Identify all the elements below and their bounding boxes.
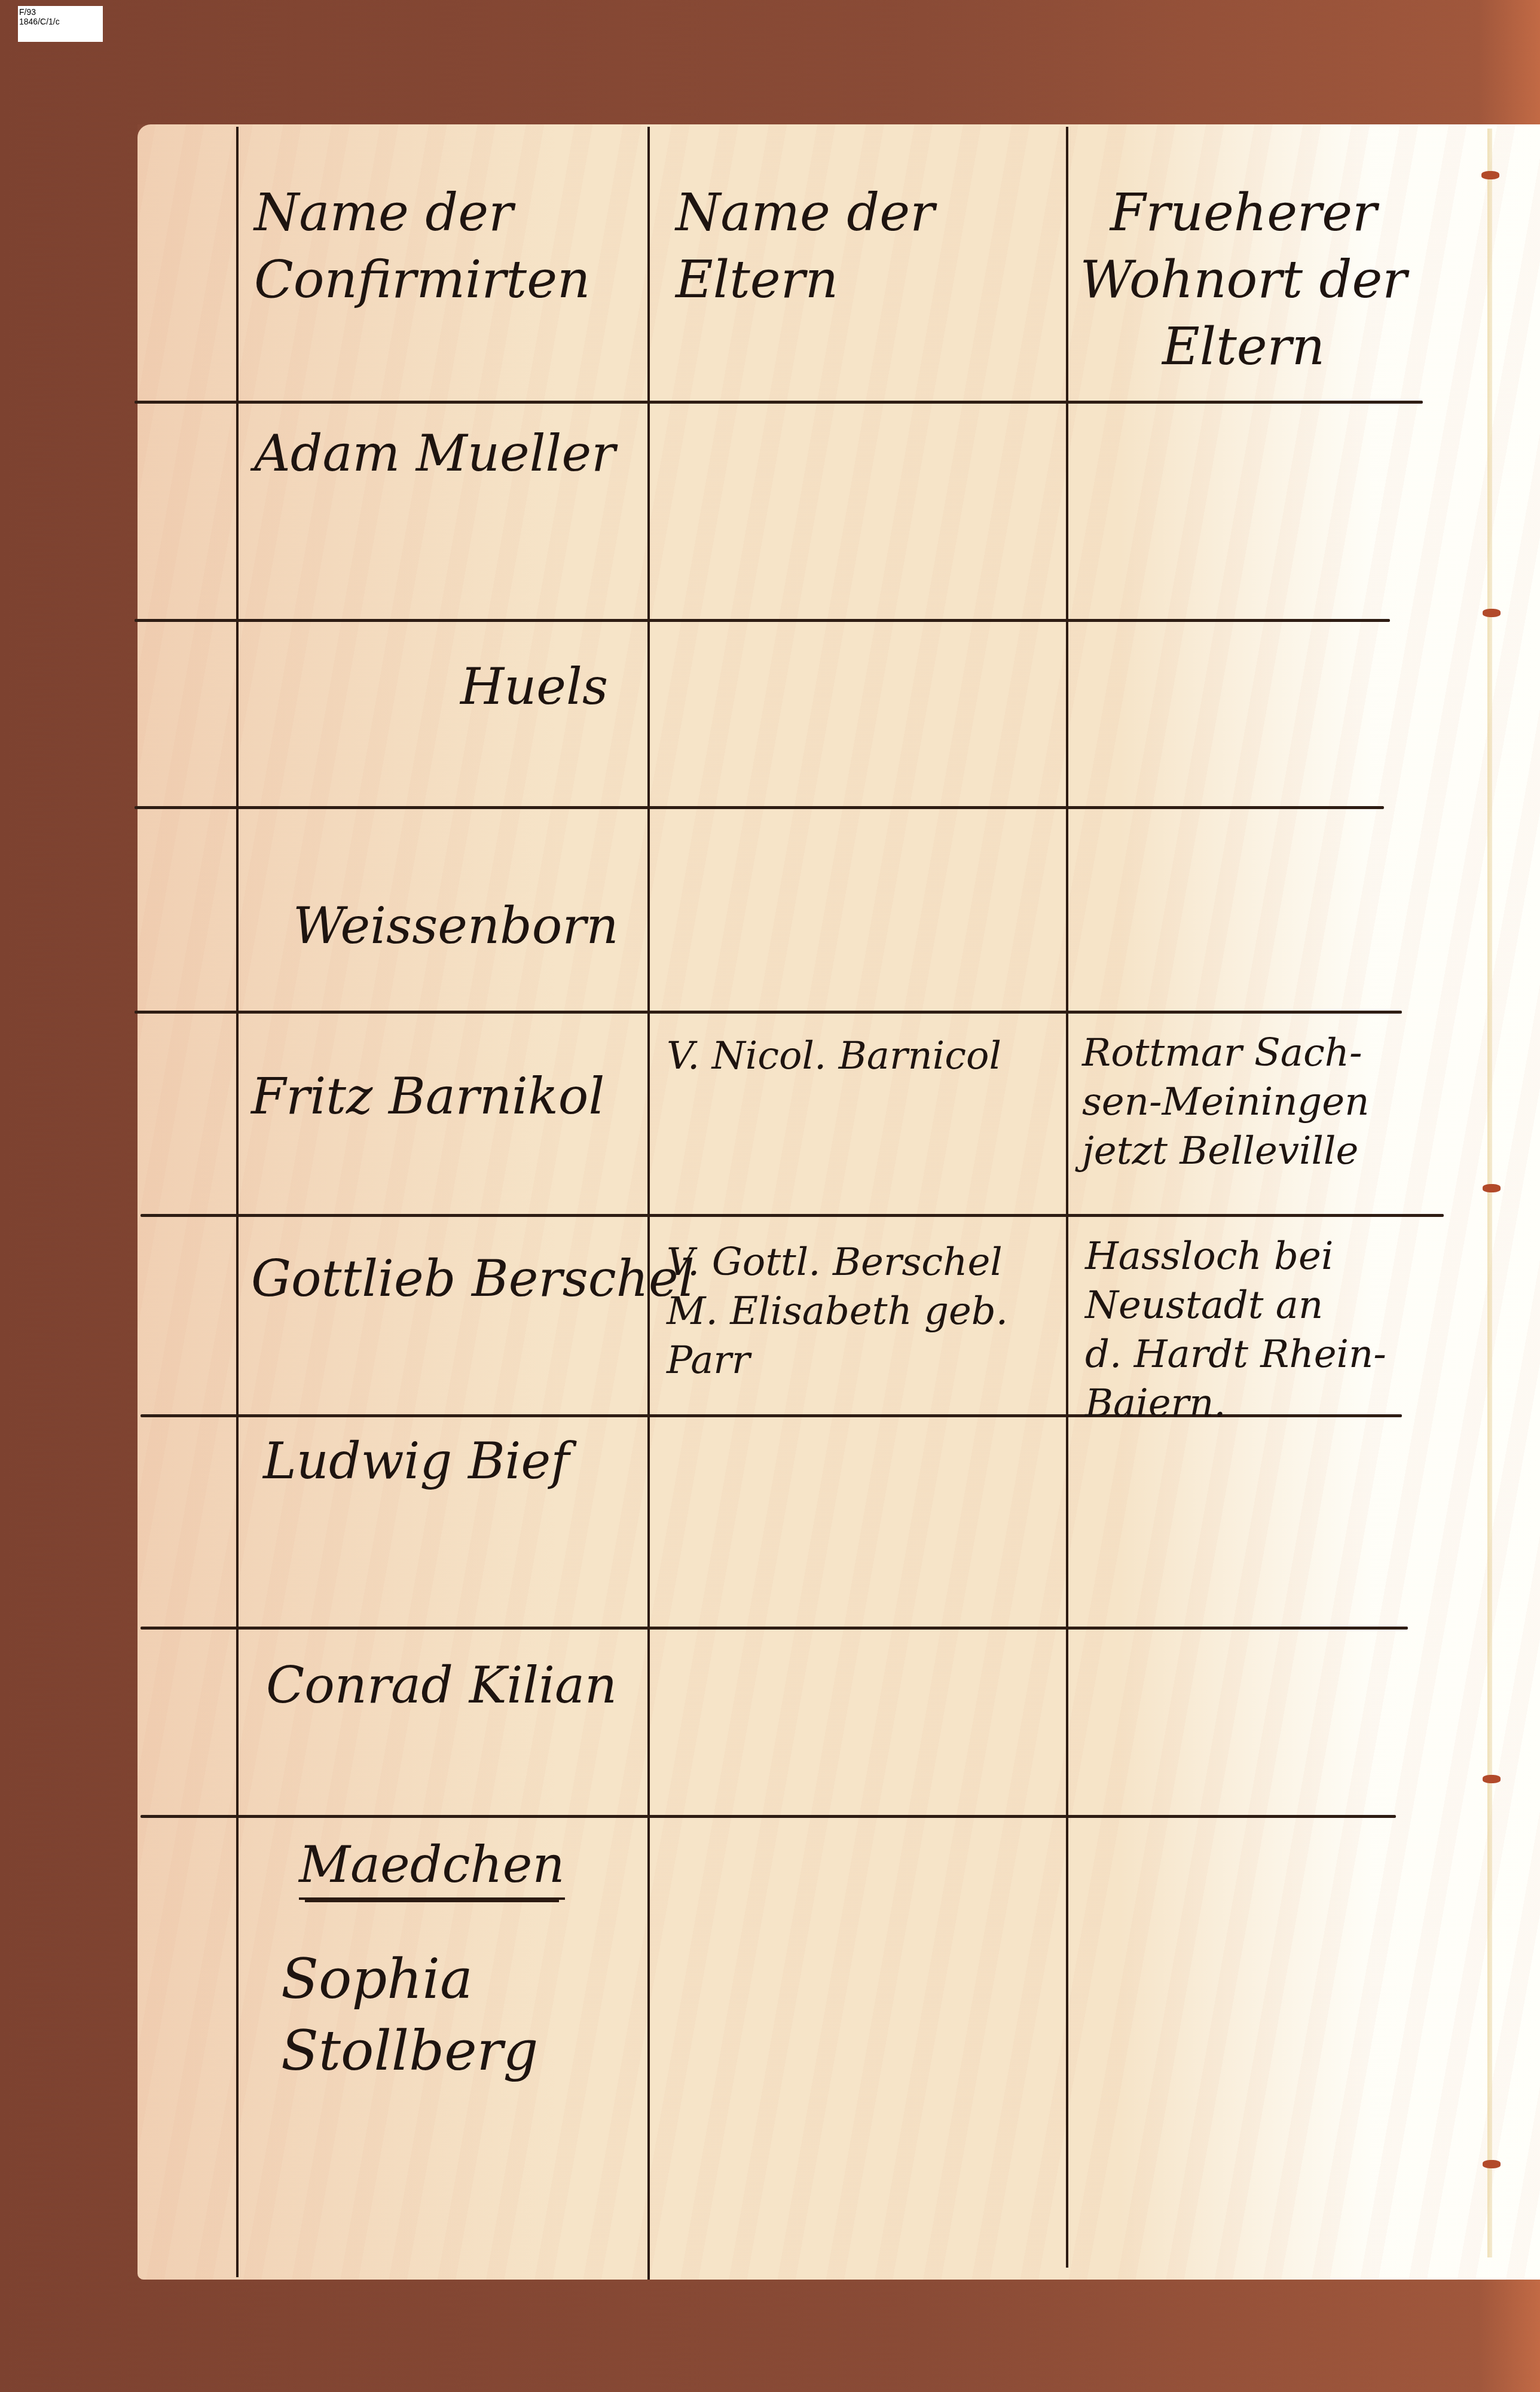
residence-column-line: [1066, 127, 1068, 2268]
header-confirmand-name: Name der Confirmirten: [254, 179, 590, 313]
header-former-residence: Fruеherer Wohnort der Eltern: [1076, 179, 1411, 380]
parents-name: V. Nicol. Barnicol: [667, 1032, 1001, 1081]
archive-label-line1: F/93: [19, 7, 103, 17]
binding-stitch: [1483, 2160, 1501, 2168]
girls-section-heading: Maedchen: [299, 1836, 565, 1900]
row-divider: [135, 1011, 1402, 1014]
margin-column-line: [236, 127, 239, 2277]
parents-column-line: [647, 127, 650, 2280]
row-divider: [135, 619, 1390, 622]
confirmand-name: Weissenborn: [293, 897, 619, 955]
confirmand-name: Conrad Kilian: [266, 1656, 617, 1714]
confirmand-name: Sophia Stollberg: [281, 1943, 538, 2087]
binding-stitch: [1483, 609, 1501, 617]
row-divider: [140, 1627, 1408, 1630]
archive-label: F/93 1846/C/1/c: [18, 6, 103, 42]
row-divider: [140, 1815, 1396, 1818]
confirmand-name: Gottlieb Berschel: [251, 1250, 695, 1308]
row-divider: [140, 1214, 1444, 1217]
binding-stitch: [1481, 171, 1499, 179]
confirmand-name: Huels: [460, 658, 608, 716]
header-parents-name: Name der Eltern: [676, 179, 934, 313]
confirmand-name: Adam Mueller: [254, 425, 615, 483]
binding-stitch: [1483, 1184, 1501, 1192]
page-binding: [1487, 129, 1492, 2257]
former-residence: Rottmar Sach- sen-Meiningen jetzt Bellev…: [1082, 1029, 1369, 1176]
binding-stitch: [1483, 1775, 1501, 1783]
parents-name: V. Gottl. Berschel M. Elisabeth geb. Par…: [667, 1238, 1008, 1385]
archive-label-line2: 1846/C/1/c: [19, 17, 103, 26]
confirmand-name: Fritz Barnikol: [251, 1067, 604, 1125]
header-divider: [135, 401, 1423, 404]
row-divider: [135, 806, 1384, 809]
confirmand-name: Ludwig Bief: [263, 1432, 569, 1490]
former-residence: Hassloch bei Neustadt an d. Hardt Rhein-…: [1085, 1232, 1386, 1428]
